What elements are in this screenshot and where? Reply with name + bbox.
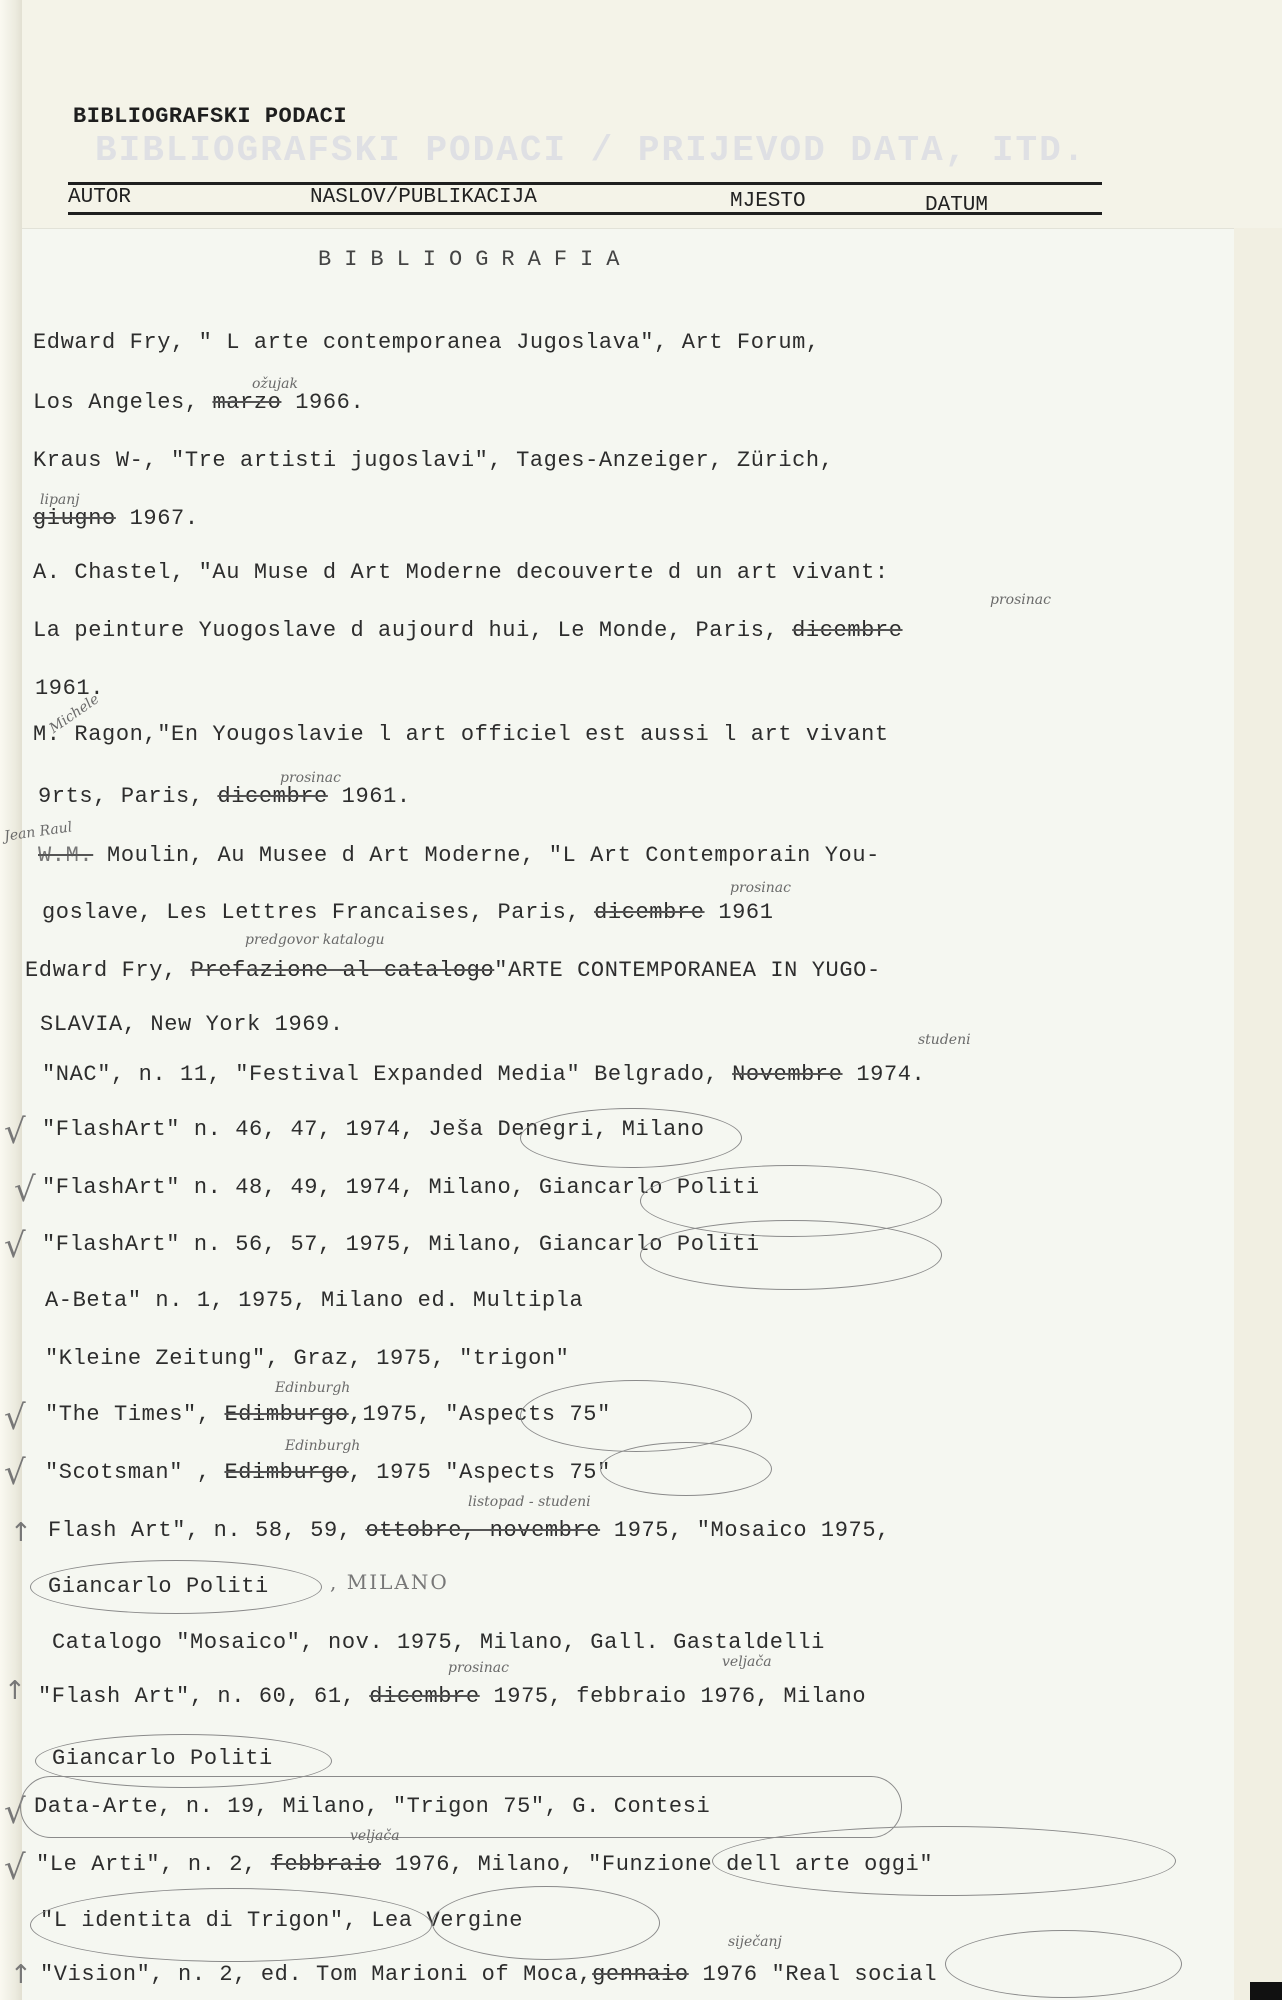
text: La peinture Yuogoslave d aujourd hui, Le… — [33, 618, 792, 643]
struck-text: giugno — [33, 506, 116, 531]
handwritten-annotation: ožujak — [252, 376, 298, 392]
text: "NAC", n. 11, "Festival Expanded Media" … — [42, 1062, 732, 1087]
text: goslave, Les Lettres Francaises, Paris, — [42, 900, 594, 925]
struck-text: dicembre — [792, 618, 902, 643]
handwritten-annotation: studeni — [918, 1032, 971, 1048]
scan-edge — [1250, 1982, 1282, 2000]
column-header-mjesto: MJESTO — [730, 190, 806, 213]
text: "The Times", — [45, 1402, 224, 1427]
entry-line: giugno 1967. — [33, 506, 199, 531]
text: "Vision", n. 2, ed. Tom Marioni of Moca, — [40, 1962, 592, 1987]
struck-text: dicembre — [217, 784, 327, 809]
pencil-circle — [30, 1560, 322, 1614]
handwritten-annotation: prosinac — [730, 880, 791, 896]
text: Los Angeles, — [33, 390, 212, 415]
text: Moulin, Au Musee d Art Moderne, "L Art C… — [93, 843, 880, 868]
text: 1974. — [843, 1062, 926, 1087]
entry-line: M. Ragon,"En Yougoslavie l art officiel … — [33, 722, 889, 747]
entry-line: "NAC", n. 11, "Festival Expanded Media" … — [42, 1062, 925, 1087]
pencil-circle — [712, 1826, 1176, 1896]
arrow-up-icon: ↑ — [4, 1676, 26, 1706]
pencil-circle — [520, 1380, 752, 1452]
text: Flash Art", n. 58, 59, — [48, 1518, 365, 1543]
handwritten-annotation: predgovor katalogu — [245, 932, 384, 948]
pencil-circle — [30, 1888, 432, 1962]
text: 9rts, Paris, — [38, 784, 217, 809]
handwritten-annotation: veljača — [350, 1828, 400, 1844]
entry-line: Kraus W-, "Tre artisti jugoslavi", Tages… — [33, 448, 834, 473]
text: 1961 — [705, 900, 774, 925]
handwritten-annotation: prosinac — [280, 770, 341, 786]
text: 1976 "Real social — [689, 1962, 937, 1987]
entry-line: "Vision", n. 2, ed. Tom Marioni of Moca,… — [40, 1962, 937, 1987]
handwritten-annotation: siječanj — [728, 1934, 782, 1950]
text: 1967. — [116, 506, 199, 531]
pencil-circle — [520, 1108, 742, 1168]
handwritten-annotation: veljača — [722, 1654, 772, 1670]
handwritten-annotation: prosinac — [990, 592, 1051, 608]
text: "Scotsman" , — [45, 1460, 224, 1485]
column-header-autor: AUTOR — [68, 186, 131, 209]
entry-line: Edward Fry, " L arte contemporanea Jugos… — [33, 330, 820, 355]
entry-line: 9rts, Paris, dicembre 1961. — [38, 784, 411, 809]
struck-text: febbraio — [271, 1852, 381, 1877]
struck-text: ottobre, novembre — [365, 1518, 600, 1543]
check-mark: √ — [4, 1226, 26, 1266]
column-header-naslov: NASLOV/PUBLIKACIJA — [310, 186, 537, 209]
struck-text: Edimburgo — [224, 1460, 348, 1485]
text: 1975, febbraio 1976, Milano — [480, 1684, 866, 1709]
text: , 1975 "Aspects 75" — [349, 1460, 611, 1485]
pencil-circle — [640, 1220, 942, 1290]
document-heading: BIBLIOGRAFSKI PODACI — [73, 104, 347, 129]
handwritten-annotation: lipanj — [40, 492, 80, 508]
struck-text: dicembre — [369, 1684, 479, 1709]
entry-line: La peinture Yuogoslave d aujourd hui, Le… — [33, 618, 903, 643]
text: 1961. — [328, 784, 411, 809]
pencil-circle — [600, 1442, 772, 1496]
entry-line: SLAVIA, New York 1969. — [40, 1012, 344, 1037]
text: "Flash Art", n. 60, 61, — [38, 1684, 369, 1709]
check-mark: √ — [4, 1398, 26, 1438]
entry-line: Flash Art", n. 58, 59, ottobre, novembre… — [48, 1518, 890, 1543]
text: 1975, "Mosaico 1975, — [600, 1518, 890, 1543]
text: "ARTE CONTEMPORANEA IN YUGO- — [494, 958, 880, 983]
header-rule-top — [68, 182, 1102, 185]
handwritten-annotation: prosinac — [448, 1660, 509, 1676]
bleed-through-text: BIBLIOGRAFSKI PODACI / PRIJEVOD DATA, IT… — [95, 130, 1195, 170]
pencil-circle — [945, 1930, 1182, 1998]
check-mark: √ — [4, 1112, 26, 1152]
struck-text: W.M. — [38, 843, 93, 868]
struck-text: Prefazione al catalogo — [191, 958, 495, 983]
entry-line: Catalogo "Mosaico", nov. 1975, Milano, G… — [52, 1630, 825, 1655]
text: Ragon,"En Yougoslavie l art officiel est… — [61, 722, 889, 747]
entry-line: "Flash Art", n. 60, 61, dicembre 1975, f… — [38, 1684, 866, 1709]
arrow-up-icon: ↑ — [10, 1960, 32, 1990]
handwritten-annotation: Edinburgh — [285, 1438, 360, 1454]
struck-text: Novembre — [732, 1062, 842, 1087]
struck-text: dicembre — [594, 900, 704, 925]
pencil-circle — [20, 1776, 902, 1838]
entry-line: "Kleine Zeitung", Graz, 1975, "trigon" — [45, 1346, 569, 1371]
text: "Le Arti", n. 2, — [36, 1852, 271, 1877]
check-mark: √ — [14, 1170, 36, 1210]
arrow-up-icon: ↑ — [10, 1518, 32, 1548]
entry-line: A-Beta" n. 1, 1975, Milano ed. Multipla — [45, 1288, 583, 1313]
check-mark: √ — [4, 1848, 26, 1888]
struck-text: gennaio — [592, 1962, 689, 1987]
entry-line: A. Chastel, "Au Muse d Art Moderne decou… — [33, 560, 889, 585]
struck-text: Edimburgo — [224, 1402, 348, 1427]
handwritten-annotation: , MILANO — [330, 1570, 449, 1594]
entry-line: goslave, Les Lettres Francaises, Paris, … — [42, 900, 774, 925]
section-title: BIBLIOGRAFIA — [318, 247, 632, 272]
page-right-edge — [1234, 228, 1282, 2000]
entry-line: "Scotsman" , Edimburgo, 1975 "Aspects 75… — [45, 1460, 611, 1485]
struck-text: marzo — [212, 390, 281, 415]
header-rule-bottom — [68, 212, 1102, 215]
text: Edward Fry, — [25, 958, 191, 983]
entry-line: Los Angeles, marzo 1966. — [33, 390, 364, 415]
text: 1966. — [281, 390, 364, 415]
handwritten-annotation: Edinburgh — [275, 1380, 350, 1396]
pencil-circle — [432, 1886, 660, 1960]
entry-line: W.M. Moulin, Au Musee d Art Moderne, "L … — [38, 843, 880, 868]
entry-line: Edward Fry, Prefazione al catalogo"ARTE … — [25, 958, 881, 983]
handwritten-annotation: listopad - studeni — [468, 1494, 591, 1510]
check-mark: √ — [4, 1453, 26, 1493]
